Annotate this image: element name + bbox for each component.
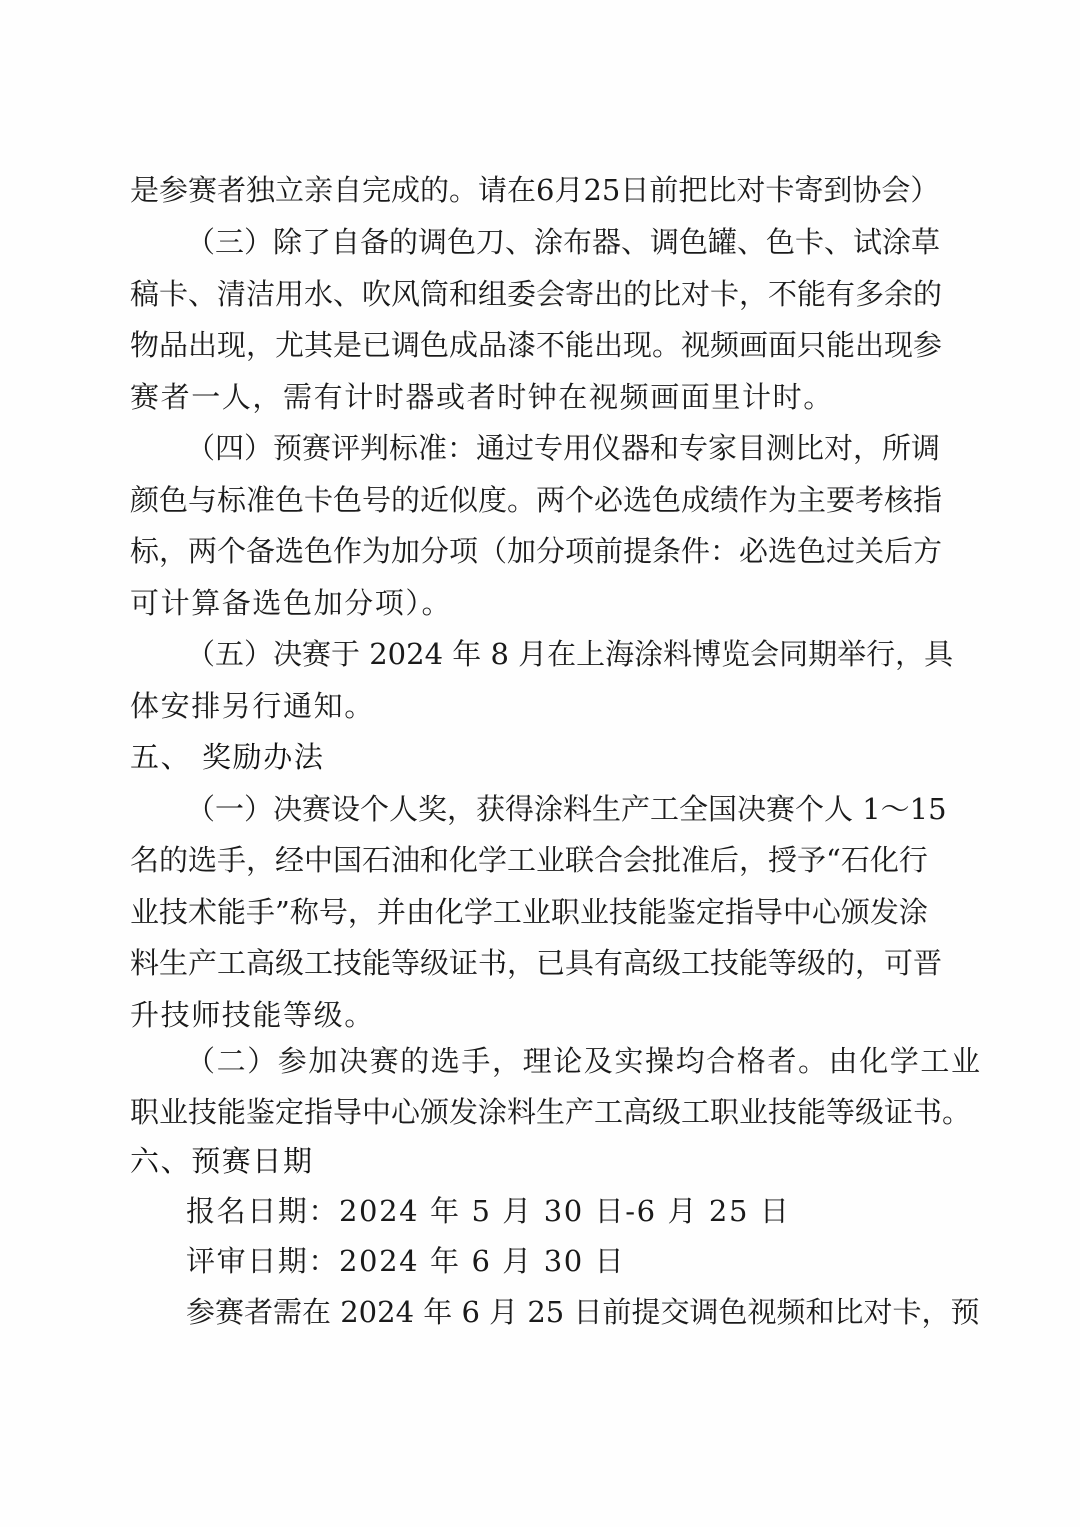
registration-date: 报名日期：2024 年 5 月 30 日-6 月 25 日: [186, 1191, 790, 1231]
item-3-line-4: 赛者一人，需有计时器或者时钟在视频画面里计时。: [130, 377, 834, 417]
section-heading-dates: 六、预赛日期: [130, 1141, 314, 1181]
review-date: 评审日期：2024 年 6 月 30 日: [186, 1241, 625, 1281]
item-3-line-1: （三）除了自备的调色刀、涂布器、调色罐、色卡、试涂草: [186, 222, 925, 262]
section-heading-rewards: 五、 奖励办法: [130, 737, 324, 777]
item-4-line-2: 颜色与标准色卡色号的近似度。两个必选色成绩作为主要考核指: [130, 480, 925, 520]
reward-1-line-1: （一）决赛设个人奖，获得涂料生产工全国决赛个人 1～15: [186, 789, 925, 829]
body-line-1: 是参赛者独立亲自完成的。请在6月25日前把比对卡寄到协会）: [130, 170, 925, 210]
item-3-line-2: 稿卡、清洁用水、吹风筒和组委会寄出的比对卡，不能有多余的: [130, 274, 925, 314]
reward-2-line-1: （二）参加决赛的选手，理论及实操均合格者。由化学工业: [186, 1041, 982, 1081]
reward-2-line-2: 职业技能鉴定指导中心颁发涂料生产工高级工职业技能等级证书。: [130, 1092, 940, 1132]
submission-note: 参赛者需在 2024 年 6 月 25 日前提交调色视频和比对卡，预: [186, 1292, 925, 1332]
reward-1-line-5: 升技师技能等级。: [130, 995, 375, 1035]
document-page: 是参赛者独立亲自完成的。请在6月25日前把比对卡寄到协会） （三）除了自备的调色…: [0, 0, 1080, 1527]
reward-1-line-3: 业技术能手”称号，并由化学工业职业技能鉴定指导中心颁发涂: [130, 892, 925, 932]
item-4-line-3: 标，两个备选色作为加分项（加分项前提条件：必选色过关后方: [130, 531, 925, 571]
item-4-line-1: （四）预赛评判标准：通过专用仪器和专家目测比对，所调: [186, 428, 925, 468]
reward-1-line-4: 料生产工高级工技能等级证书，已具有高级工技能等级的，可晋: [130, 943, 925, 983]
item-4-line-4: 可计算备选色加分项）。: [130, 583, 452, 623]
reward-1-line-2: 名的选手，经中国石油和化学工业联合会批准后，授予“石化行: [130, 840, 925, 880]
item-5-line-2: 体安排另行通知。: [130, 686, 375, 726]
item-5-line-1: （五）决赛于 2024 年 8 月在上海涂料博览会同期举行，具: [186, 634, 925, 674]
item-3-line-3: 物品出现，尤其是已调色成品漆不能出现。视频画面只能出现参: [130, 325, 925, 365]
